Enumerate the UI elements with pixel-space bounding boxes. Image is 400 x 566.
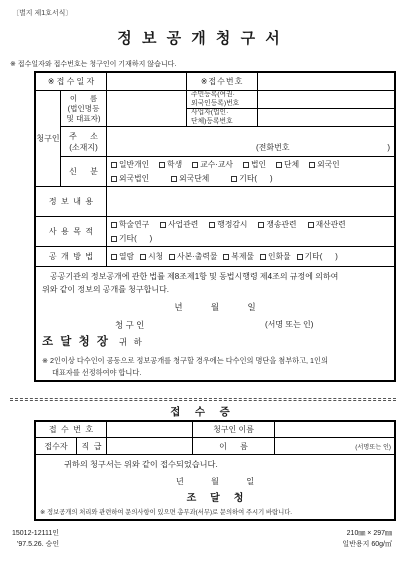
purpose-option[interactable]: 쟁송관련 bbox=[258, 219, 296, 230]
checkbox-icon[interactable] bbox=[276, 162, 282, 168]
purpose-options-line2: 기타( ) bbox=[107, 233, 394, 244]
checkbox-icon[interactable] bbox=[243, 162, 249, 168]
purpose-label: 사 용 목 적 bbox=[36, 217, 107, 247]
status-option[interactable]: 학생 bbox=[159, 159, 182, 170]
receipt-footnote: ※ 정보공개의 처리와 관련하여 문의사항이 있으면 총무과(서무)로 문의하여… bbox=[40, 507, 392, 516]
checkbox-icon[interactable] bbox=[160, 222, 166, 228]
status-option[interactable]: 외국인 bbox=[309, 159, 340, 170]
paper-type: 일반용지 60g/㎡ bbox=[342, 539, 392, 549]
method-label: 공 개 방 법 bbox=[36, 247, 107, 267]
request-form-grid: ※ 접 수 일 자 ※접수번호 청구인 이 름 (법인명등 및 대표자) 주민등… bbox=[36, 73, 394, 267]
purpose-option[interactable]: 행정감시 bbox=[209, 219, 247, 230]
receiver-rank-field[interactable] bbox=[107, 438, 193, 455]
form-number: 15012-12111인 bbox=[12, 528, 59, 538]
resident-number-label-line1: 주민등록(여권· bbox=[191, 91, 235, 100]
name-field[interactable] bbox=[107, 91, 187, 127]
receipt-table: 접 수 번 호 청구인 이름 접수자 직 급 이 름 (서명또는 인) 귀하의 … bbox=[34, 420, 396, 521]
option-label: 기타( ) bbox=[305, 251, 338, 262]
address-label: 주 소 (소재지) bbox=[61, 127, 107, 157]
receipt-claimant-name-field[interactable] bbox=[275, 422, 394, 438]
purpose-options-line1: 학술연구 사업관련 행정감시 쟁송관련 재산관련 bbox=[107, 219, 394, 230]
status-option[interactable]: 교수·교사 bbox=[192, 159, 233, 170]
option-label: 법인 bbox=[251, 159, 266, 170]
receiver-name-label: 이 름 bbox=[193, 438, 275, 455]
addressee-honorific: 귀 하 bbox=[119, 336, 144, 348]
purpose-option[interactable]: 기타( ) bbox=[111, 233, 152, 244]
option-label: 외국인 bbox=[317, 159, 340, 170]
status-label: 신 분 bbox=[61, 157, 107, 187]
purpose-option[interactable]: 사업관련 bbox=[160, 219, 198, 230]
status-option[interactable]: 법인 bbox=[243, 159, 266, 170]
checkbox-icon[interactable] bbox=[111, 162, 117, 168]
option-label: 재산관련 bbox=[316, 219, 346, 230]
checkbox-icon[interactable] bbox=[171, 176, 177, 182]
phone-number-label: (전화번호 ) bbox=[256, 142, 390, 153]
purpose-option[interactable]: 재산관련 bbox=[308, 219, 346, 230]
info-content-label: 정 보 내 용 bbox=[36, 187, 107, 217]
method-option[interactable]: 열람 bbox=[111, 251, 134, 262]
status-options-line2: 외국법인 외국단체 기타( ) bbox=[107, 173, 394, 184]
method-option[interactable]: 시청 bbox=[140, 251, 163, 262]
receipt-confirm-text: 귀하의 청구서는 위와 같이 접수되었습니다. bbox=[64, 459, 218, 470]
status-option[interactable]: 외국법인 bbox=[111, 173, 149, 184]
info-content-field[interactable] bbox=[107, 187, 394, 217]
paper-size: 210㎜ × 297㎜ bbox=[347, 528, 392, 538]
name-label-line2: (법인명등 bbox=[68, 104, 100, 114]
option-label: 학술연구 bbox=[119, 219, 149, 230]
requester-sign-label[interactable]: (서명 또는 인) bbox=[265, 319, 313, 330]
option-label: 단체 bbox=[284, 159, 299, 170]
form-reference: 〔별지 제1호서식〕 bbox=[12, 8, 72, 18]
checkbox-icon[interactable] bbox=[231, 176, 237, 182]
checkbox-icon[interactable] bbox=[297, 254, 303, 260]
checkbox-icon[interactable] bbox=[209, 222, 215, 228]
checkbox-icon[interactable] bbox=[159, 162, 165, 168]
status-options-line1: 일반개인 학생 교수·교사 법인 단체 외국인 bbox=[107, 159, 394, 170]
receipt-grid: 접 수 번 호 청구인 이름 접수자 직 급 이 름 (서명또는 인) bbox=[36, 422, 394, 455]
checkbox-icon[interactable] bbox=[309, 162, 315, 168]
option-label: 외국단체 bbox=[179, 173, 209, 184]
request-footnote-line1: ※ 2인이상 다수인이 공동으로 정보공개를 청구할 경우에는 다수인의 명단을… bbox=[42, 356, 328, 365]
receipt-no-label: 접 수 번 호 bbox=[36, 422, 107, 438]
checkbox-icon[interactable] bbox=[111, 254, 117, 260]
request-footnote: ※ 2인이상 다수인이 공동으로 정보공개를 청구할 경우에는 다수인의 명단을… bbox=[42, 355, 391, 378]
option-label: 교수·교사 bbox=[200, 159, 233, 170]
address-label-line2: (소재지) bbox=[69, 142, 98, 153]
option-label: 학생 bbox=[167, 159, 182, 170]
receipt-date-field[interactable] bbox=[107, 73, 187, 91]
checkbox-icon[interactable] bbox=[169, 254, 175, 260]
checkbox-icon[interactable] bbox=[140, 254, 146, 260]
name-label-line1: 이 름 bbox=[70, 94, 97, 104]
option-label: 쟁송관련 bbox=[266, 219, 296, 230]
address-field[interactable]: (전화번호 ) bbox=[107, 127, 394, 157]
business-number-label-line2: 단체)등록번호 bbox=[191, 118, 233, 127]
page-title: 정 보 공 개 청 구 서 bbox=[0, 27, 400, 48]
receipt-statement-area: 귀하의 청구서는 위와 같이 접수되었습니다. 년 월 일 조 달 청 ※ 정보… bbox=[36, 455, 394, 519]
resident-number-label: 주민등록(여권· 외국인등록)번호 bbox=[187, 91, 258, 109]
addressee-line: 조 달 청 장 귀 하 bbox=[42, 333, 144, 349]
method-option[interactable]: 사본·출력물 bbox=[169, 251, 217, 262]
legal-statement: 공공기관의 정보공개에 관한 법률 제8조제1항 및 동법시행령 제4조의 규정… bbox=[42, 271, 390, 296]
legal-statement-line2: 위와 같이 정보의 공개를 청구합니다. bbox=[42, 285, 169, 294]
method-options-line: 열람 시청 사본·출력물 복제물 인화물 기타( ) bbox=[107, 251, 394, 262]
option-label: 외국법인 bbox=[119, 173, 149, 184]
option-label: 복제물 bbox=[231, 251, 254, 262]
option-label: 시청 bbox=[148, 251, 163, 262]
requester-label: 청 구 인 bbox=[115, 319, 144, 331]
name-label: 이 름 (법인명등 및 대표자) bbox=[61, 91, 107, 127]
request-statement-area: 공공기관의 정보공개에 관한 법률 제8조제1항 및 동법시행령 제4조의 규정… bbox=[36, 267, 394, 384]
status-field: 일반개인 학생 교수·교사 법인 단체 외국인 외국법인 외국단체 기타( ) bbox=[107, 157, 394, 187]
name-label-line3: 및 대표자) bbox=[67, 114, 101, 124]
legal-statement-line1: 공공기관의 정보공개에 관한 법률 제8조제1항 및 동법시행령 제4조의 규정… bbox=[42, 271, 390, 284]
checkbox-icon[interactable] bbox=[111, 236, 117, 242]
receiver-label: 접수자 bbox=[36, 438, 77, 455]
option-label: 인화물 bbox=[268, 251, 291, 262]
option-label: 기타( ) bbox=[119, 233, 152, 244]
status-option[interactable]: 외국단체 bbox=[171, 173, 209, 184]
receipt-date-label: ※ 접 수 일 자 bbox=[36, 73, 107, 91]
option-label: 행정감시 bbox=[217, 219, 247, 230]
status-option[interactable]: 단체 bbox=[276, 159, 299, 170]
claimant-group-label: 청구인 bbox=[36, 91, 61, 187]
request-date-line[interactable]: 년 월 일 bbox=[36, 301, 394, 313]
checkbox-icon[interactable] bbox=[192, 162, 198, 168]
option-label: 열람 bbox=[119, 251, 134, 262]
purpose-field: 학술연구 사업관련 행정감시 쟁송관련 재산관련 기타( ) bbox=[107, 217, 394, 247]
method-option[interactable]: 인화물 bbox=[260, 251, 291, 262]
purpose-option[interactable]: 학술연구 bbox=[111, 219, 149, 230]
method-option[interactable]: 복제물 bbox=[223, 251, 254, 262]
receipt-agency-name: 조 달 청 bbox=[36, 489, 394, 504]
status-option[interactable]: 일반개인 bbox=[111, 159, 149, 170]
resident-number-label-line2: 외국인등록)번호 bbox=[191, 100, 239, 109]
checkbox-icon[interactable] bbox=[111, 222, 117, 228]
checkbox-icon[interactable] bbox=[260, 254, 266, 260]
checkbox-icon[interactable] bbox=[258, 222, 264, 228]
approval-date: '97.5.26. 승인 bbox=[17, 539, 59, 549]
option-label: 기타( ) bbox=[239, 173, 272, 184]
checkbox-icon[interactable] bbox=[308, 222, 314, 228]
cut-line-divider bbox=[10, 398, 396, 401]
resident-number-field[interactable] bbox=[258, 91, 394, 109]
business-number-field[interactable] bbox=[258, 109, 394, 127]
status-option[interactable]: 기타( ) bbox=[231, 173, 272, 184]
business-number-label-line1: 사업자(법인· bbox=[191, 109, 228, 118]
option-label: 일반개인 bbox=[119, 159, 149, 170]
option-label: 사본·출력물 bbox=[177, 251, 217, 262]
receipt-no-field[interactable] bbox=[107, 422, 193, 438]
business-number-label: 사업자(법인· 단체)등록번호 bbox=[187, 109, 258, 127]
request-footnote-line2: 대표자를 선정하여야 합니다. bbox=[42, 367, 391, 379]
receiver-rank-label: 직 급 bbox=[77, 438, 107, 455]
receipt-number-label: ※접수번호 bbox=[187, 73, 258, 91]
request-form-table: ※ 접 수 일 자 ※접수번호 청구인 이 름 (법인명등 및 대표자) 주민등… bbox=[34, 71, 396, 382]
receipt-title: 접 수 증 bbox=[0, 404, 400, 419]
checkbox-icon[interactable] bbox=[111, 176, 117, 182]
receipt-number-field[interactable] bbox=[258, 73, 394, 91]
method-option[interactable]: 기타( ) bbox=[297, 251, 338, 262]
receipt-date-line[interactable]: 년 월 일 bbox=[36, 476, 394, 487]
receipt-claimant-name-label: 청구인 이름 bbox=[193, 422, 275, 438]
method-field: 열람 시청 사본·출력물 복제물 인화물 기타( ) bbox=[107, 247, 394, 267]
option-label: 사업관련 bbox=[168, 219, 198, 230]
addressee-name: 조 달 청 장 bbox=[42, 333, 110, 349]
address-label-line1: 주 소 bbox=[69, 131, 98, 142]
top-note: ※ 접수일자와 접수번호는 청구인이 기재하지 않습니다. bbox=[10, 59, 176, 69]
receiver-sign-label[interactable]: (서명또는 인) bbox=[275, 438, 394, 455]
checkbox-icon[interactable] bbox=[223, 254, 229, 260]
